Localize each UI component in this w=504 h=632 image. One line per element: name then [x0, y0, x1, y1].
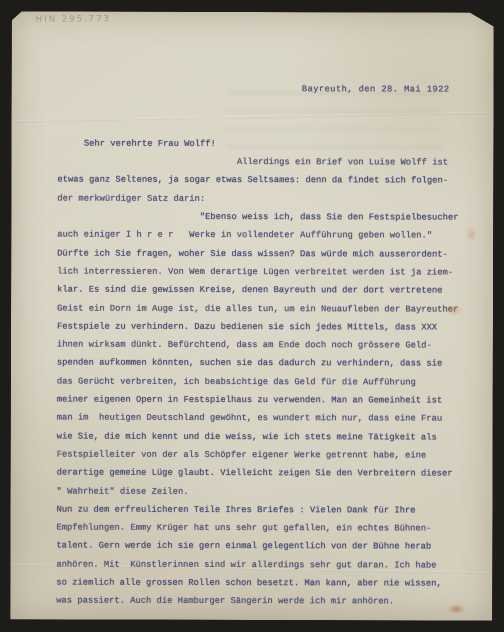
- letter-line: Empfehlungen. Emmy Krüger hat uns sehr g…: [56, 519, 484, 538]
- letter-line: spenden aufkommen könnten, suchen sie da…: [57, 354, 485, 373]
- letter-line: ihnen wirksam dünkt. Befürchtend, dass a…: [57, 336, 485, 355]
- letter-line: meiner eigenen Opern in Festspielhaus zu…: [57, 391, 485, 410]
- letter-line: der merkwürdiger Satz darin:: [57, 189, 485, 208]
- letter-line: das Gerücht verbreiten, ich beabsichtige…: [57, 372, 485, 391]
- letter-text: Bayreuth, den 28. Mai 1922 Sehr verehrte…: [56, 79, 485, 611]
- letter-page: HIN 295.773 Bayreuth, den 28. Mai 1922 S…: [10, 11, 494, 620]
- letter-line: wie Sie, die mich kennt und die weiss, w…: [57, 427, 485, 446]
- letter-line: lich interressieren. Von Wem derartige L…: [57, 262, 485, 281]
- letter-line: man im heutigen Deutschland gewöhnt, es …: [57, 409, 485, 428]
- scan-background: HIN 295.773 Bayreuth, den 28. Mai 1922 S…: [0, 0, 504, 632]
- letter-line: klar. Es sind die gewissen Kreise, denen…: [57, 281, 485, 300]
- letter-line: derartige gemeine Lüge glaubt. Vielleich…: [57, 464, 485, 483]
- letter-line: Festspielleiter von der als Schöpfer eig…: [57, 445, 485, 464]
- letter-line: "Ebenso weiss ich, dass Sie den Festspie…: [57, 208, 485, 227]
- letter-line: Geist ein Dorn im Auge ist, die alles tu…: [57, 299, 485, 318]
- letter-line: Allerdings ein Brief von Luise Wolff ist: [57, 153, 485, 172]
- letter-line: so ziemlich alle grossen Rollen schon be…: [56, 574, 484, 593]
- letter-line: Festspiele zu verhindern. Dazu bedienen …: [57, 317, 485, 336]
- letter-line: talent. Gern werde ich sie gern einmal g…: [56, 537, 484, 556]
- letter-line: anhören. Mit Künstlerinnen sind wir alle…: [56, 555, 484, 574]
- letter-line: [57, 116, 485, 135]
- letter-line: was passiert. Auch die Hamburger Sängeri…: [56, 592, 484, 611]
- letter-line: Sehr verehrte Frau Wolff!: [57, 134, 485, 153]
- letter-line: Bayreuth, den 28. Mai 1922: [58, 79, 486, 98]
- letter-line: auch einiger I h r e r Werke in vollende…: [57, 226, 485, 245]
- catalog-annotation: HIN 295.773: [36, 14, 111, 25]
- letter-line: Nun zu dem erfreulicheren Teile Ihres Br…: [56, 500, 484, 519]
- letter-line: " Wahrheit" diese Zeilen.: [57, 482, 485, 501]
- letter-line: Dürfte ich Sie fragen, woher Sie dass wi…: [57, 244, 485, 263]
- letter-line: [58, 98, 486, 117]
- letter-line: etwas ganz Seltenes, ja sogar etwas Selt…: [57, 171, 485, 190]
